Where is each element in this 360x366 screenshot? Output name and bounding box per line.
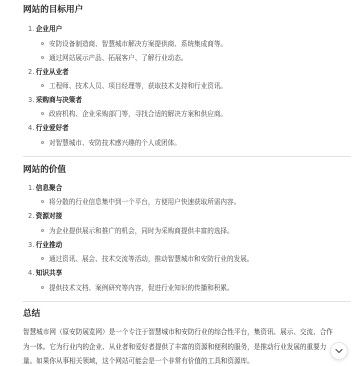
list-number: 3. [28,96,34,104]
list-item-resource-matching: 2.资源对接 [28,212,62,221]
bullet-circle-icon [41,84,44,87]
summary-line: 为一体。它为行业内的企业、从业者和爱好者提供了丰富的资源和便利的服务，是推动行业… [23,340,353,355]
list-number: 1. [28,25,34,33]
sub-bullet-text: 政府机构、企业采购部门等，寻找合适的解决方案和供应商。 [49,110,227,118]
sub-bullet-text: 工程师、技术人员、项目经理等，获取技术支持和行业资讯。 [49,82,227,90]
sub-bullet: 工程师、技术人员、项目经理等，获取技术支持和行业资讯。 [41,82,227,91]
list-item-label: 企业用户 [36,25,62,33]
list-item-industry-enthusiasts: 4.行业爱好者 [28,124,69,133]
sub-bullet-text: 通过网站展示产品、拓展客户、了解行业动态。 [49,54,187,62]
bullet-circle-icon [41,229,44,232]
list-item-enterprise-users: 1.企业用户 [28,25,62,34]
bullet-circle-icon [41,56,44,59]
list-item-buyers-decision-makers: 3.采购商与决策者 [28,96,82,105]
list-item-industry-promotion: 3.行业推动 [28,241,62,250]
summary-line: 智慧城市网（原安防展览网）是一个专注于智慧城市和安防行业的综合性平台，集资讯、展… [23,325,353,340]
document-content: 网站的目标用户 1.企业用户 安防设备制造商、智慧城市解决方案提供商、系统集成商… [0,0,360,366]
section-divider [23,156,351,157]
list-number: 1. [28,184,34,192]
sub-bullet-text: 提供技术文档、案例研究等内容，促进行业知识的传播和积累。 [49,284,234,292]
sub-bullet: 对智慧城市、安防技术感兴趣的个人或团体。 [41,139,181,148]
section-heading-summary: 总结 [23,309,40,319]
bullet-circle-icon [41,42,44,45]
sub-bullet-text: 对智慧城市、安防技术感兴趣的个人或团体。 [49,139,181,147]
bullet-circle-icon [41,200,44,203]
section-heading-website-value: 网站的价值 [23,165,66,175]
sub-bullet: 通过网站展示产品、拓展客户、了解行业动态。 [41,54,187,63]
list-item-label: 行业爱好者 [36,124,69,132]
list-item-label: 行业从业者 [36,68,69,76]
scroll-to-bottom-button[interactable] [330,342,348,360]
sub-bullet: 为企业提供展示和推广的机会，同时为采购商提供丰富的选择。 [41,227,234,236]
list-item-label: 知识共享 [36,269,62,277]
sub-bullet-text: 安防设备制造商、智慧城市解决方案提供商、系统集成商等。 [49,40,227,48]
list-item-info-aggregation: 1.信息聚合 [28,184,62,193]
bullet-circle-icon [41,141,44,144]
sub-bullet: 安防设备制造商、智慧城市解决方案提供商、系统集成商等。 [41,40,227,49]
list-item-label: 资源对接 [36,212,62,220]
bullet-circle-icon [41,257,44,260]
list-number: 4. [28,269,34,277]
list-item-label: 信息聚合 [36,184,62,192]
sub-bullet-text: 通过资讯、展会、技术交流等活动，推动智慧城市和安防行业的发展。 [49,255,253,263]
list-item-label: 采购商与决策者 [36,96,82,104]
list-item-knowledge-sharing: 4.知识共享 [28,269,62,278]
list-number: 3. [28,241,34,249]
sub-bullet-text: 将分散的行业信息集中到一个平台，方便用户快速获取所需内容。 [49,198,240,206]
section-divider [23,301,351,302]
summary-paragraph: 智慧城市网（原安防展览网）是一个专注于智慧城市和安防行业的综合性平台，集资讯、展… [23,325,353,366]
list-item-industry-practitioners: 2.行业从业者 [28,68,69,77]
sub-bullet: 将分散的行业信息集中到一个平台，方便用户快速获取所需内容。 [41,198,240,207]
section-heading-target-users: 网站的目标用户 [23,5,83,15]
bullet-circle-icon [41,112,44,115]
chevron-down-icon [335,348,343,354]
sub-bullet-text: 为企业提供展示和推广的机会，同时为采购商提供丰富的选择。 [49,227,234,235]
sub-bullet: 政府机构、企业采购部门等，寻找合适的解决方案和供应商。 [41,110,227,119]
sub-bullet: 提供技术文档、案例研究等内容，促进行业知识的传播和积累。 [41,284,234,293]
list-number: 4. [28,124,34,132]
bullet-circle-icon [41,286,44,289]
sub-bullet: 通过资讯、展会、技术交流等活动，推动智慧城市和安防行业的发展。 [41,255,253,264]
list-item-label: 行业推动 [36,241,62,249]
summary-line: 量。如果你从事相关领域，这个网站可能会是一个非常有价值的工具和资源库。 [23,354,353,366]
list-number: 2. [28,212,34,220]
list-number: 2. [28,68,34,76]
